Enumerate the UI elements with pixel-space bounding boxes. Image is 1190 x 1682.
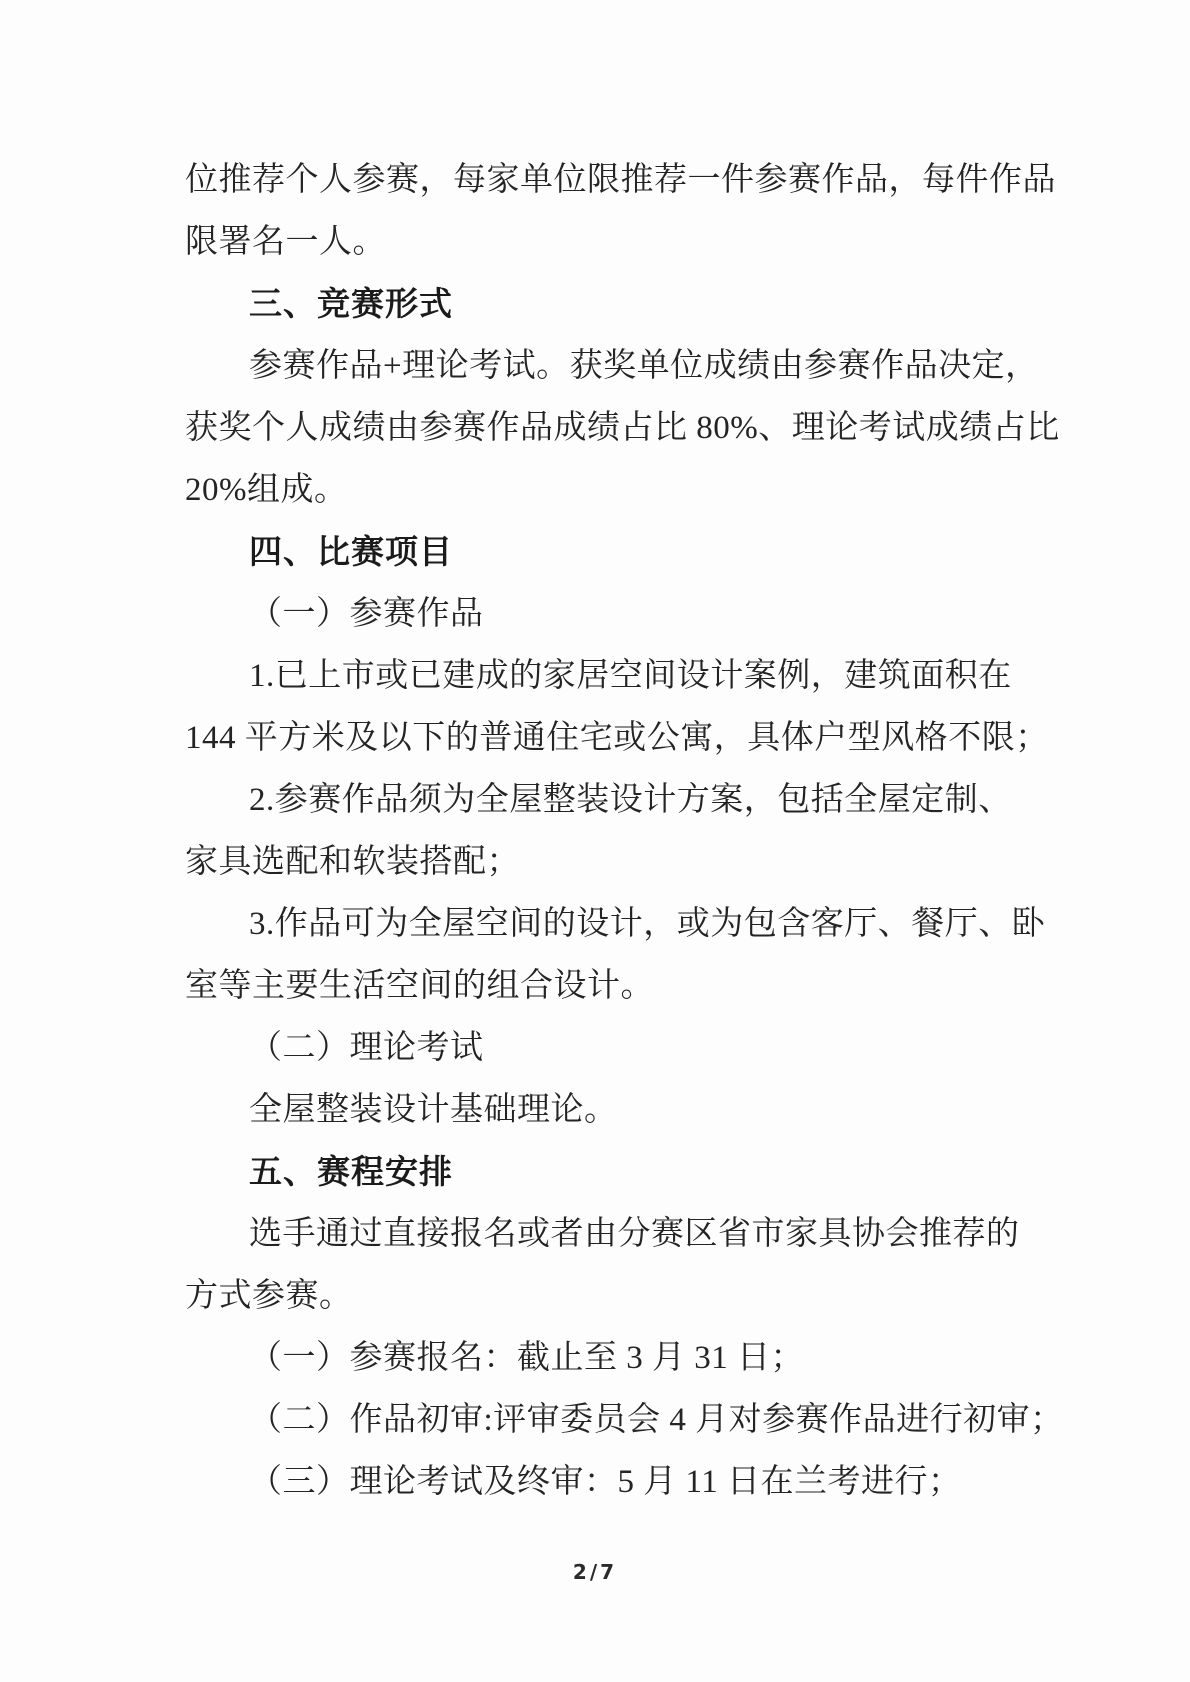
heading-competition-format: 三、竞赛形式 xyxy=(185,273,1055,335)
schedule-item-initial-review: （二）作品初审:评审委员会 4 月对参赛作品进行初审； xyxy=(185,1389,1055,1451)
paragraph-line: 家具选配和软装搭配； xyxy=(185,831,1055,893)
list-item-3: 3.作品可为全屋空间的设计，或为包含客厅、餐厅、卧 xyxy=(185,893,1055,955)
schedule-item-final-review: （三）理论考试及终审：5 月 11 日在兰考进行； xyxy=(185,1451,1055,1513)
paragraph-line: 参赛作品+理论考试。获奖单位成绩由参赛作品决定， xyxy=(185,335,1055,397)
paragraph-line: 位推荐个人参赛，每家单位限推荐一件参赛作品，每件作品 xyxy=(185,149,1055,211)
heading-competition-items: 四、比赛项目 xyxy=(185,521,1055,583)
subheading-theory-exam: （二）理论考试 xyxy=(185,1017,1055,1079)
document-page: 位推荐个人参赛，每家单位限推荐一件参赛作品，每件作品 限署名一人。 三、竞赛形式… xyxy=(185,149,1055,1513)
list-item-1: 1.已上市或已建成的家居空间设计案例，建筑面积在 xyxy=(185,645,1055,707)
paragraph-line: 限署名一人。 xyxy=(185,211,1055,273)
paragraph-line: 20%组成。 xyxy=(185,459,1055,521)
paragraph-line: 全屋整装设计基础理论。 xyxy=(185,1079,1055,1141)
paragraph-line: 选手通过直接报名或者由分赛区省市家具协会推荐的 xyxy=(185,1203,1055,1265)
heading-schedule-arrangement: 五、赛程安排 xyxy=(185,1141,1055,1203)
schedule-item-registration: （一）参赛报名：截止至 3 月 31 日； xyxy=(185,1327,1055,1389)
list-item-2: 2.参赛作品须为全屋整装设计方案，包括全屋定制、 xyxy=(185,769,1055,831)
paragraph-line: 获奖个人成绩由参赛作品成绩占比 80%、理论考试成绩占比 xyxy=(185,397,1055,459)
subheading-entry-works: （一）参赛作品 xyxy=(185,583,1055,645)
paragraph-line: 方式参赛。 xyxy=(185,1265,1055,1327)
paragraph-line: 144 平方米及以下的普通住宅或公寓，具体户型风格不限； xyxy=(185,707,1055,769)
paragraph-line: 室等主要生活空间的组合设计。 xyxy=(185,955,1055,1017)
page-number: 2/7 xyxy=(0,1560,1190,1584)
